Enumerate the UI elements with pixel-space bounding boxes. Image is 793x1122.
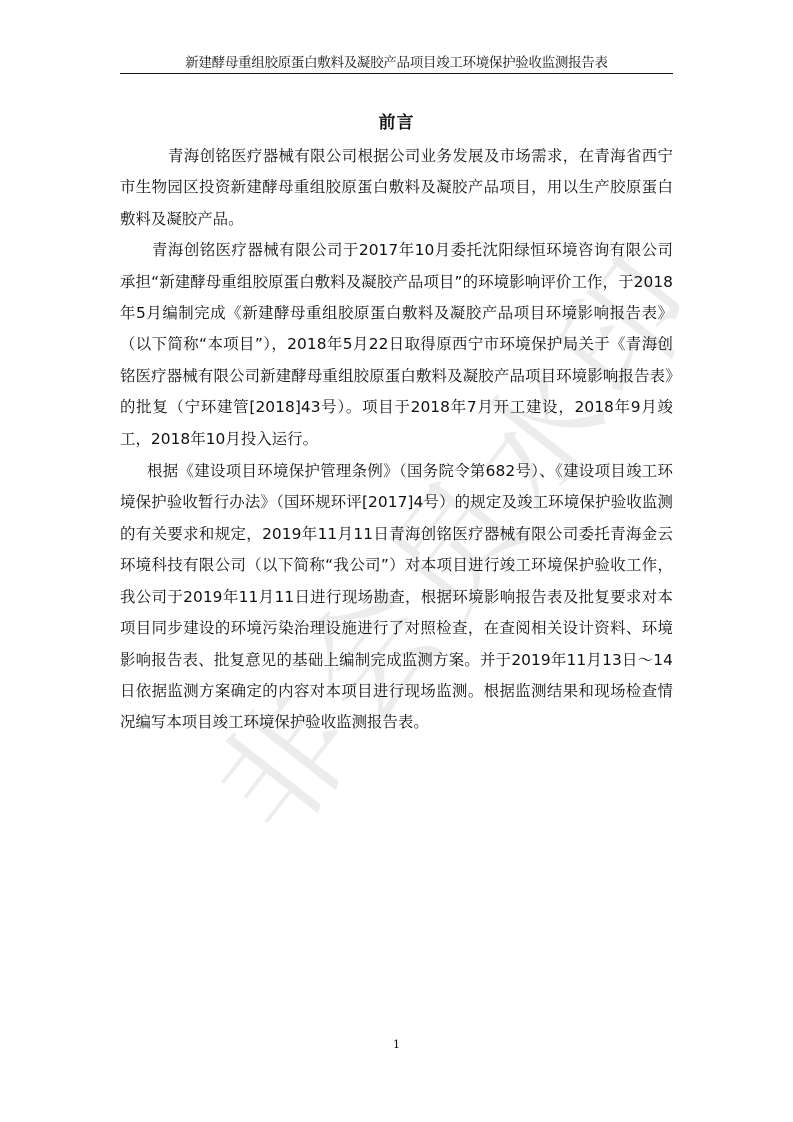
paragraph-acceptance-monitoring: 根据《建设项目环境保护管理条例》（国务院令第682号）、《建设项目竣工环境保护验…: [120, 456, 673, 739]
header-rule: [120, 73, 673, 74]
paragraph-intro: 青海创铭医疗器械有限公司根据公司业务发展及市场需求，在青海省西宁市生物园区投资新…: [120, 141, 673, 235]
paragraph-eia-history: 青海创铭医疗器械有限公司于2017年10月委托沈阳绿恒环境咨询有限公司承担“新建…: [120, 235, 673, 455]
section-title: 前言: [120, 108, 673, 138]
page-number: 1: [0, 1038, 793, 1051]
document-page: 新建酵母重组胶原蛋白敷料及凝胶产品项目竣工环境保护验收监测报告表 非会员水印 前…: [0, 0, 793, 1122]
running-header: 新建酵母重组胶原蛋白敷料及凝胶产品项目竣工环境保护验收监测报告表: [120, 55, 673, 71]
document-body: 前言 青海创铭医疗器械有限公司根据公司业务发展及市场需求，在青海省西宁市生物园区…: [120, 108, 673, 739]
